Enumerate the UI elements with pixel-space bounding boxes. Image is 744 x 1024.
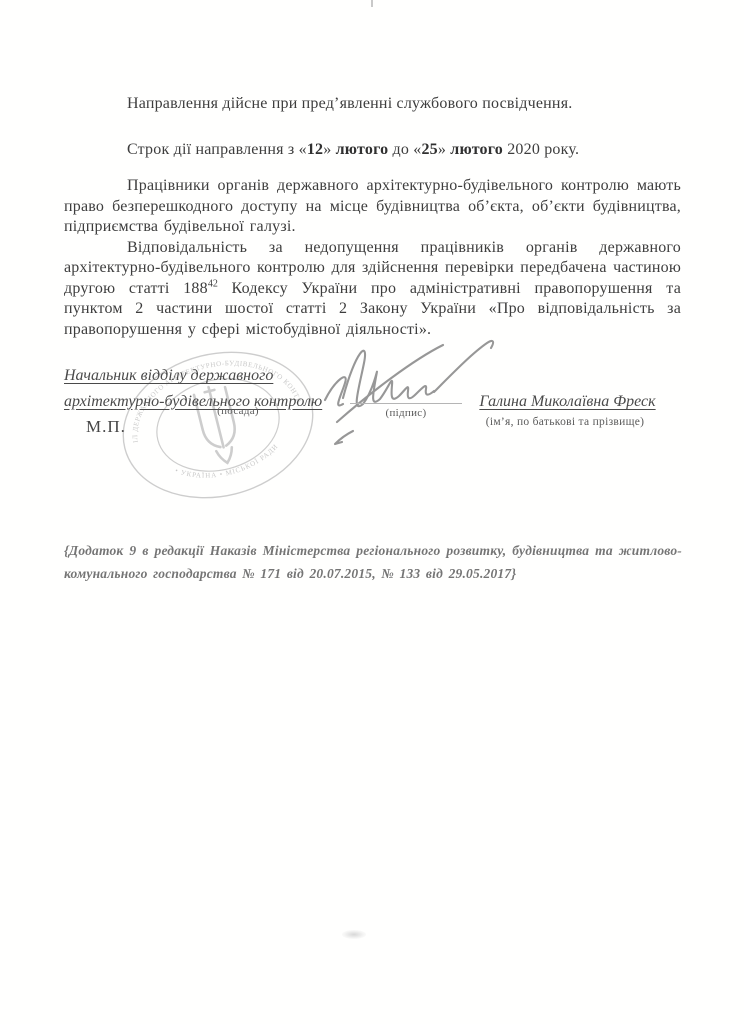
paragraph-validity: Направлення дійсне при пред’явленні служ… — [64, 94, 681, 115]
svg-text:• УКРАЇНА • МІСЬКОЇ РАДИ: • УКРАЇНА • МІСЬКОЇ РАДИ — [172, 441, 284, 490]
term-day-from: 12 — [307, 141, 323, 158]
term-month-from: лютого — [336, 141, 389, 158]
article-superscript: 42 — [208, 278, 218, 289]
seal-place-mark: М.П. — [86, 417, 126, 437]
term-text: » — [323, 141, 335, 158]
scanned-document-page: Направлення дійсне при пред’явленні служ… — [0, 0, 744, 1024]
paragraph-liability: Відповідальність за недопущення працівни… — [64, 238, 681, 341]
signature-caption: (підпис) — [350, 407, 462, 419]
term-text: Строк дії направлення з « — [127, 141, 307, 158]
term-month-to: лютого — [450, 141, 503, 158]
stamp-ring-text-bottom: • УКРАЇНА • МІСЬКОЇ РАДИ — [172, 441, 284, 490]
name-caption: (ім’я, по батькові та прізвище) — [455, 416, 675, 428]
signature-line — [350, 403, 462, 404]
position-line-1: Начальник відділу державного — [64, 363, 364, 389]
term-day-to: 25 — [421, 141, 437, 158]
term-text: » — [438, 141, 450, 158]
document-body: Направлення дійсне при пред’явленні служ… — [64, 94, 681, 340]
term-text: 2020 року. — [503, 141, 579, 158]
position-caption: (посада) — [158, 405, 318, 417]
scan-artifact-line — [371, 0, 373, 7]
signee-name: Галина Миколаївна Фреск — [460, 393, 675, 411]
scan-smudge — [342, 930, 366, 939]
term-text: до « — [388, 141, 421, 158]
paragraph-term: Строк дії направлення з «12» лютого до «… — [64, 140, 681, 161]
paragraph-access: Працівники органів державного архітектур… — [64, 176, 681, 238]
amendment-footnote: {Додаток 9 в редакції Наказів Міністерст… — [64, 539, 682, 585]
